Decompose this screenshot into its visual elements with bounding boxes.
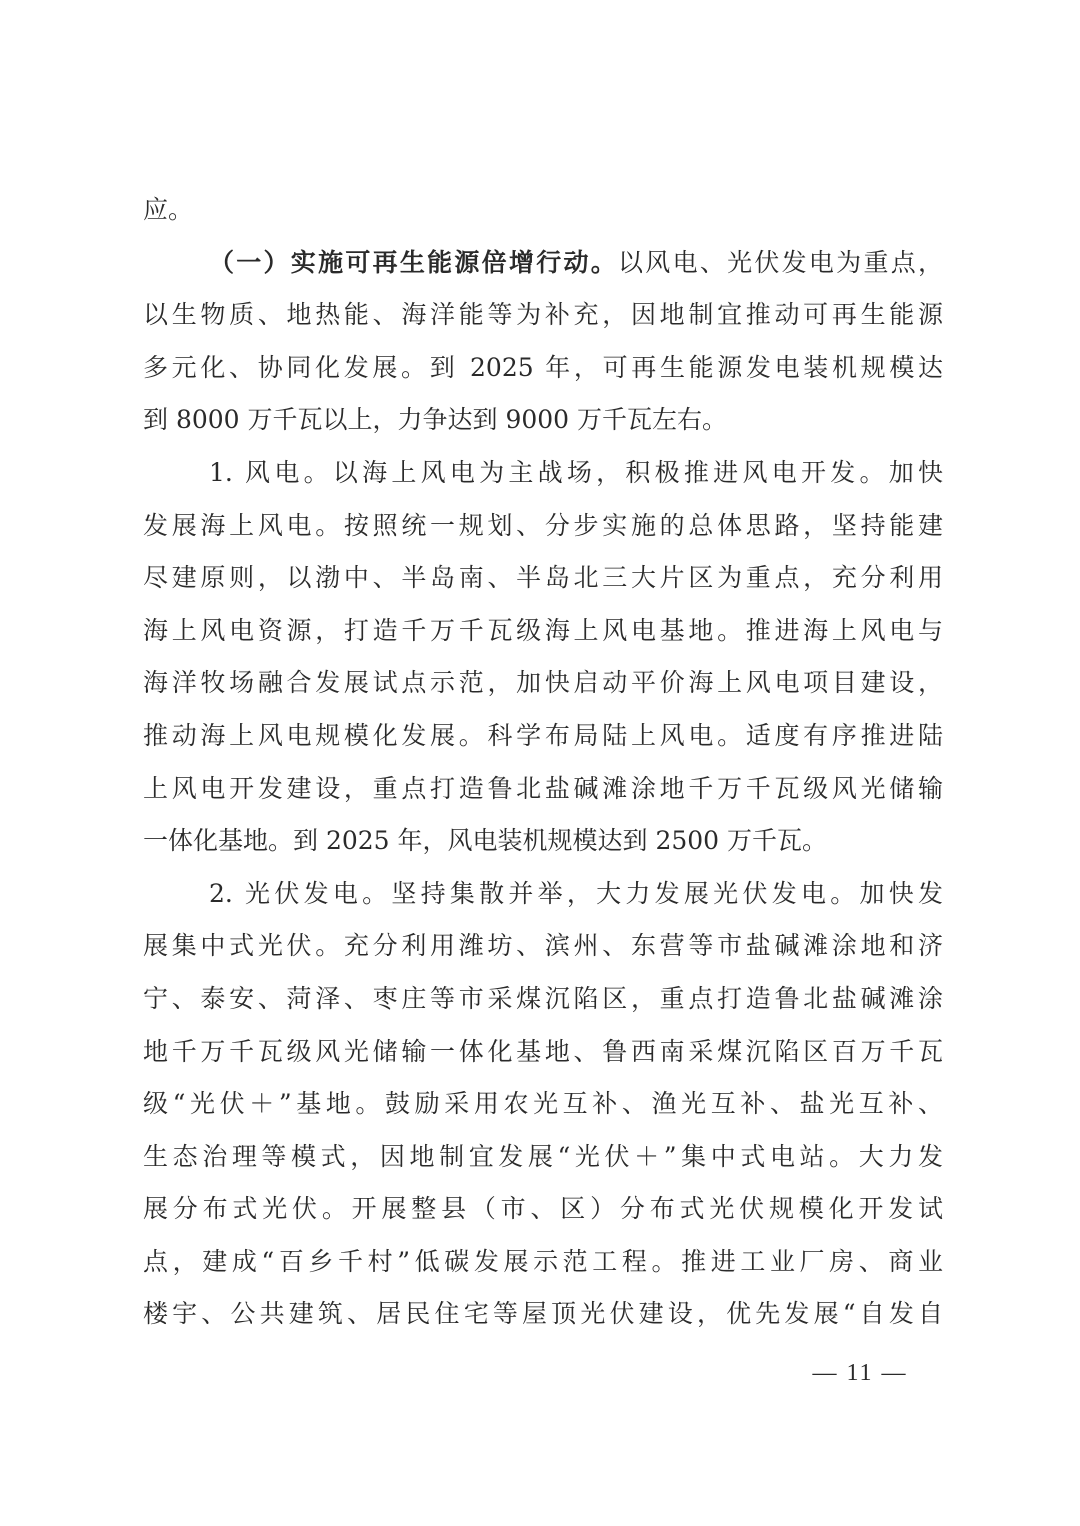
paragraph-line: 上风电开发建设，重点打造鲁北盐碱滩涂地千万千瓦级风光储输 — [143, 763, 943, 816]
section-heading: （一）实施可再生能源倍增行动。 — [209, 248, 618, 277]
paragraph-line: 应。 — [143, 184, 943, 237]
paragraph-line: 生态治理等模式，因地制宜发展“光伏＋”集中式电站。大力发 — [143, 1131, 943, 1184]
subsection-solar-line: 2. 光伏发电。坚持集散并举，大力发展光伏发电。加快发 — [143, 868, 943, 921]
paragraph-line: 展集中式光伏。充分利用潍坊、滨州、东营等市盐碱滩涂地和济 — [143, 920, 943, 973]
page-number: — 11 — — [800, 1360, 920, 1387]
document-body: 应。 （一）实施可再生能源倍增行动。以风电、光伏发电为重点， 以生物质、地热能、… — [143, 184, 943, 1341]
paragraph-line: 展分布式光伏。开展整县（市、区）分布式光伏规模化开发试 — [143, 1183, 943, 1236]
paragraph-line: 发展海上风电。按照统一规划、分步实施的总体思路，坚持能建 — [143, 500, 943, 553]
document-page: 应。 （一）实施可再生能源倍增行动。以风电、光伏发电为重点， 以生物质、地热能、… — [0, 0, 1080, 1526]
paragraph-line: 海洋牧场融合发展试点示范，加快启动平价海上风电项目建设， — [143, 657, 943, 710]
paragraph-line: 多元化、协同化发展。到 2025 年，可再生能源发电装机规模达 — [143, 342, 943, 395]
paragraph-line: 地千万千瓦级风光储输一体化基地、鲁西南采煤沉陷区百万千瓦 — [143, 1026, 943, 1079]
paragraph-line: 楼宇、公共建筑、居民住宅等屋顶光伏建设，优先发展“自发自 — [143, 1288, 943, 1341]
paragraph-line: 尽建原则，以渤中、半岛南、半岛北三大片区为重点，充分利用 — [143, 552, 943, 605]
paragraph-line: 海上风电资源，打造千万千瓦级海上风电基地。推进海上风电与 — [143, 605, 943, 658]
paragraph-line: 推动海上风电规模化发展。科学布局陆上风电。适度有序推进陆 — [143, 710, 943, 763]
paragraph-line: 以生物质、地热能、海洋能等为补充，因地制宜推动可再生能源 — [143, 289, 943, 342]
paragraph-line: 级“光伏＋”基地。鼓励采用农光互补、渔光互补、盐光互补、 — [143, 1078, 943, 1131]
subsection-wind-line: 1. 风电。以海上风电为主战场，积极推进风电开发。加快 — [143, 447, 943, 500]
paragraph-line: 点，建成“百乡千村”低碳发展示范工程。推进工业厂房、商业 — [143, 1236, 943, 1289]
section-heading-line: （一）实施可再生能源倍增行动。以风电、光伏发电为重点， — [143, 237, 943, 290]
paragraph-line: 宁、泰安、菏泽、枣庄等市采煤沉陷区，重点打造鲁北盐碱滩涂 — [143, 973, 943, 1026]
section-heading-text: 以风电、光伏发电为重点， — [618, 248, 943, 277]
paragraph-line: 到 8000 万千瓦以上，力争达到 9000 万千瓦左右。 — [143, 394, 943, 447]
paragraph-line: 一体化基地。到 2025 年，风电装机规模达到 2500 万千瓦。 — [143, 815, 943, 868]
